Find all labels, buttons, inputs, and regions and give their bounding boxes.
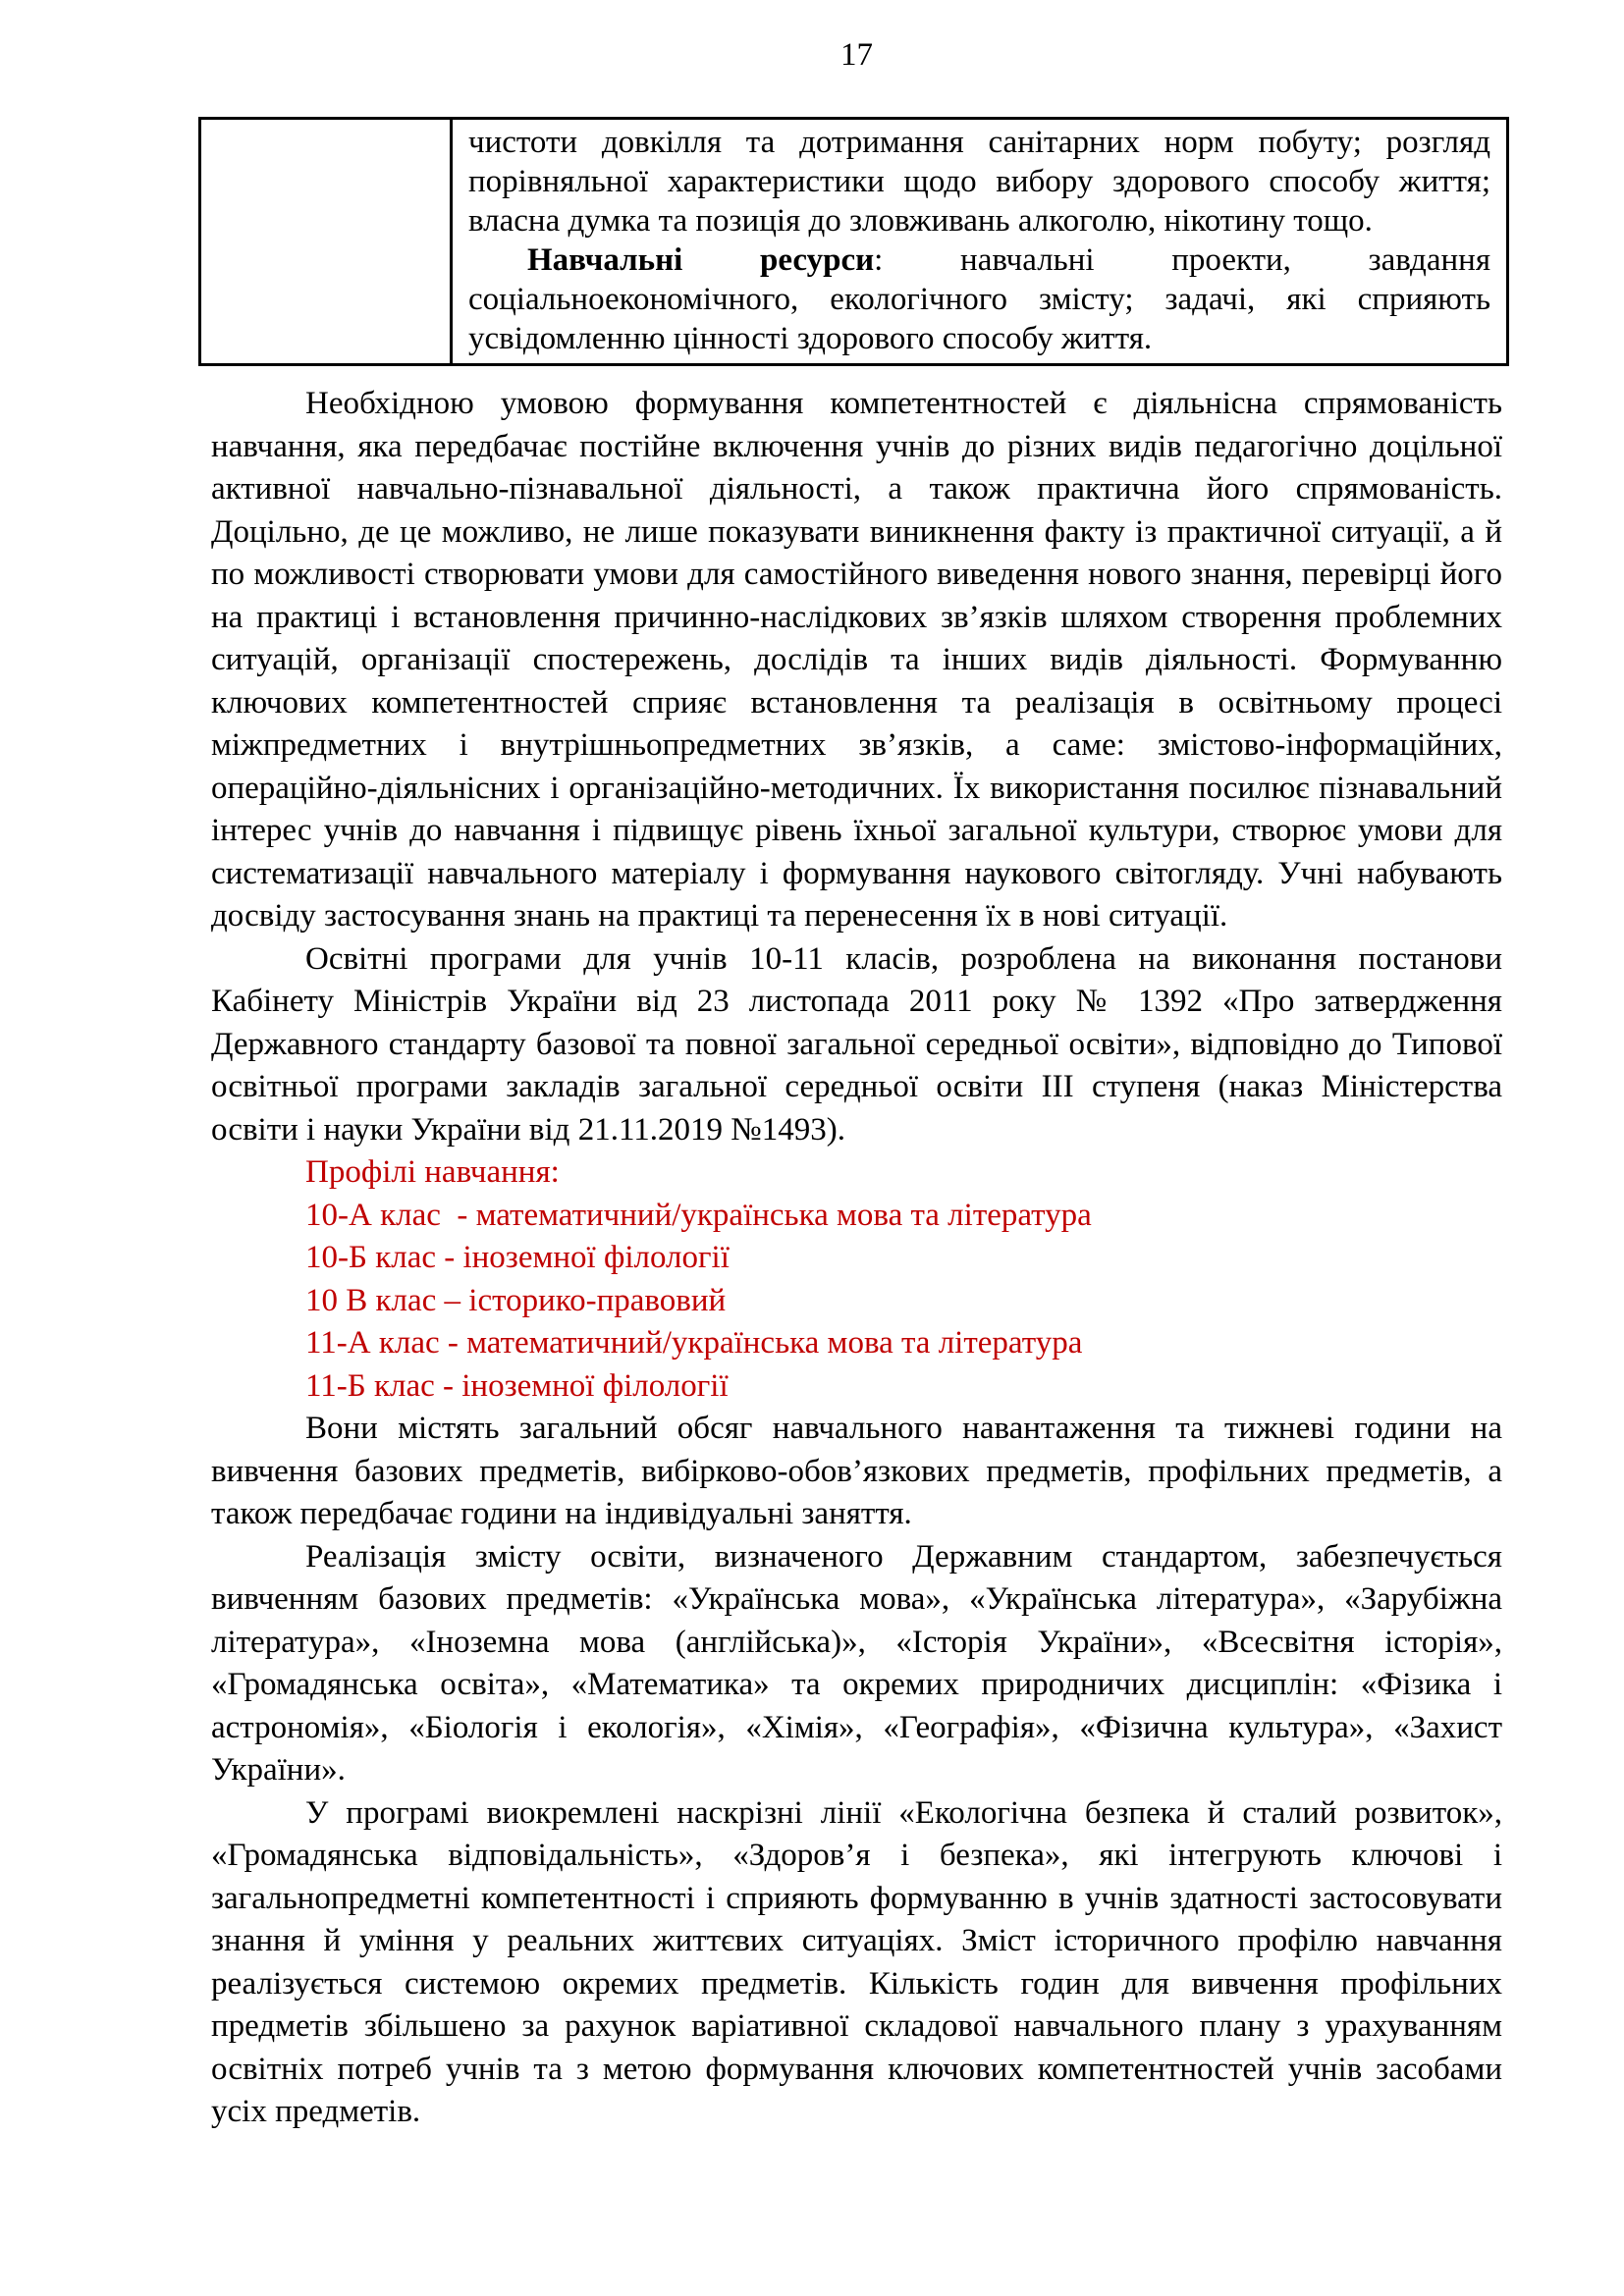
- table-cell-left-empty: [201, 120, 453, 363]
- profiles-heading: Профілі навчання:: [305, 1151, 1502, 1195]
- paragraph-cross-cutting-lines: У програмі виокремлені наскрізні лінії «…: [211, 1792, 1502, 2134]
- resources-label: Навчальні ресурси: [527, 242, 874, 278]
- table-paragraph-continuation: чистоти довкілля та дотримання санітарни…: [468, 123, 1490, 240]
- learning-resources-table: чистоти довкілля та дотримання санітарни…: [198, 117, 1509, 366]
- table-paragraph-resources: Навчальні ресурси: навчальні проекти, за…: [468, 240, 1490, 358]
- body-text: Необхідною умовою формування компетентно…: [211, 383, 1502, 2134]
- paragraph-workload: Вони містять загальний обсяг навчального…: [211, 1408, 1502, 1536]
- document-page: 17 чистоти довкілля та дотримання саніта…: [0, 0, 1624, 2296]
- table-cell-right: чистоти довкілля та дотримання санітарни…: [453, 120, 1506, 363]
- profile-item-11a: 11-А клас - математичний/українська мова…: [305, 1322, 1502, 1365]
- profile-item-10a: 10-А клас - математичний/українська мова…: [305, 1195, 1502, 1238]
- profile-item-10v: 10 В клас – історико-правовий: [305, 1280, 1502, 1323]
- page-number: 17: [211, 35, 1502, 75]
- profiles-block: Профілі навчання: 10-А клас - математичн…: [211, 1151, 1502, 1408]
- paragraph-base-subjects: Реалізація змісту освіти, визначеного Де…: [211, 1536, 1502, 1792]
- paragraph-competences: Необхідною умовою формування компетентно…: [211, 383, 1502, 938]
- profile-item-11b: 11-Б клас - іноземної філології: [305, 1365, 1502, 1409]
- profile-item-10b: 10-Б клас - іноземної філології: [305, 1237, 1502, 1280]
- paragraph-educational-programs: Освітні програми для учнів 10-11 класів,…: [211, 938, 1502, 1152]
